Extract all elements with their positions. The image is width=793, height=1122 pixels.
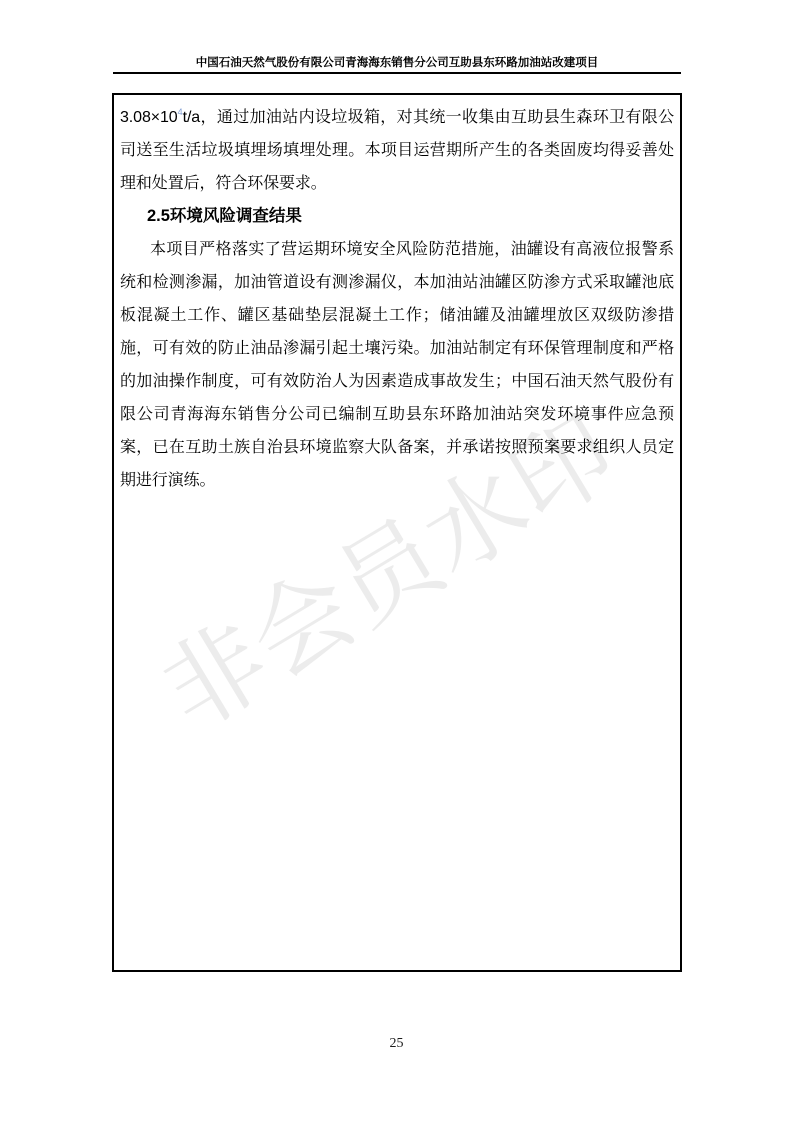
page-header-title: 中国石油天然气股份有限公司青海海东销售分公司互助县东环路加油站改建项目 [112, 54, 682, 70]
document-page: 中国石油天然气股份有限公司青海海东销售分公司互助县东环路加油站改建项目 非会员水… [0, 0, 793, 1122]
content-box: 3.08×104t/a，通过加油站内设垃圾箱，对其统一收集由互助县生森环卫有限公… [112, 93, 682, 972]
header-rule [113, 72, 681, 74]
section-heading-2-5: 2.5环境风险调查结果 [120, 200, 674, 233]
paragraph-solid-waste-body: t/a，通过加油站内设垃圾箱，对其统一收集由互助县生森环卫有限公司送至生活垃圾填… [120, 109, 674, 192]
paragraph-solid-waste: 3.08×104t/a，通过加油站内设垃圾箱，对其统一收集由互助县生森环卫有限公… [120, 96, 674, 200]
page-number: 25 [0, 1036, 793, 1052]
paragraph-environmental-risk: 本项目严格落实了营运期环境安全风险防范措施，油罐设有高液位报警系统和检测渗漏，加… [120, 233, 674, 497]
paragraph-solid-waste-value-prefix: 3.08×10 [120, 109, 178, 126]
